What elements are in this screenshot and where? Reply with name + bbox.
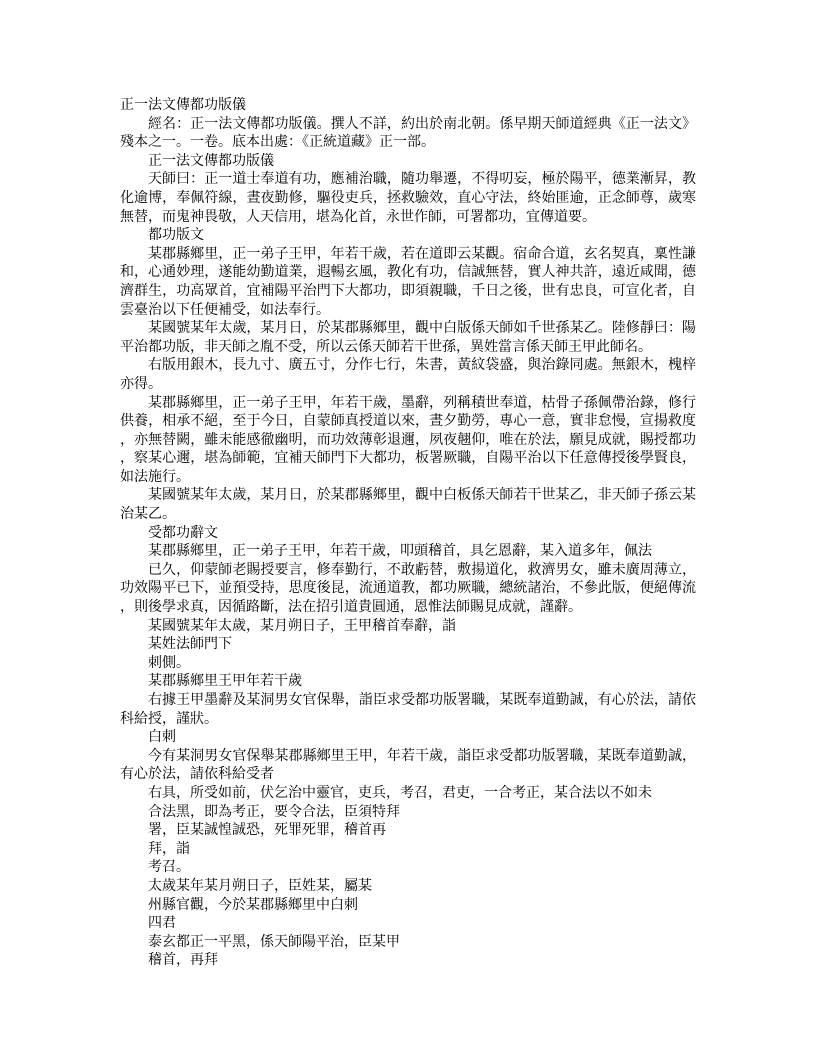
body-line: 州縣官觀，今於某郡縣鄉里中白刺 [120, 896, 696, 915]
body-paragraph: 右據王甲墨辭及某洞男女官保舉，詣臣求受都功版署職，某既奉道勤誠，有心於法，請依科… [120, 691, 696, 728]
body-line: 拜，詣 [120, 840, 696, 859]
body-line: 合法黑，即為考正，要令合法，臣須特拜 [120, 803, 696, 822]
body-paragraph: 某郡縣鄉里，正一弟子王甲，年若干歲，墨辭，列稱積世奉道，枯骨子孫佩帶治錄，修行供… [120, 394, 696, 487]
body-line: 某姓法師門下 [120, 635, 696, 654]
body-paragraph: 某郡縣鄉里，正一弟子王甲，年若干歲，叩頭稽首，具乞恩辭，某入道多年，佩法 [120, 542, 696, 561]
section-heading: 正一法文傳都功版儀 [120, 152, 696, 171]
body-line: 署，臣某誠惶誠恐，死罪死罪，稽首再 [120, 821, 696, 840]
body-line: 刺側。 [120, 654, 696, 673]
body-paragraph: 已久，仰蒙師老賜授要言，修奉勤行，不敢虧替，敷揚道化，救濟男女，雖未廣周薄立，功… [120, 561, 696, 617]
document-page: 正一法文傳都功版儀 經名：正一法文傳都功版儀。撰人不詳，約出於南北朝。係早期天師… [120, 96, 696, 970]
section-heading: 都功版文 [120, 226, 696, 245]
body-paragraph: 某國號某年太歲，某月日，於某郡縣鄉里，觀中白板係天師若干世某乙，非天師子孫云某治… [120, 486, 696, 523]
body-line: 考召。 [120, 858, 696, 877]
document-title: 正一法文傳都功版儀 [120, 96, 696, 115]
body-line: 太歲某年某月朔日子，臣姓某，屬某 [120, 877, 696, 896]
scripture-info-paragraph: 經名：正一法文傳都功版儀。撰人不詳，約出於南北朝。係早期天師道經典《正一法文》殘… [120, 115, 696, 152]
section-heading: 白刺 [120, 728, 696, 747]
body-paragraph: 某國號某年太歲，某月日，於某郡縣鄉里，觀中白版係天師如千世孫某乙。陸修靜曰：陽平… [120, 319, 696, 356]
body-paragraph: 今有某洞男女官保舉某郡縣鄉里王甲，年若干歲，詣臣求受都功版署職，某既奉道勤誠，有… [120, 747, 696, 784]
section-heading: 受都功辭文 [120, 524, 696, 543]
body-line: 右具，所受如前，伏乞治中靈官，吏兵，考召，君吏，一合考正，某合法以不如未 [120, 784, 696, 803]
body-paragraph: 天師曰：正一道士奉道有功，應補治職，隨功舉遷，不得叨妄，極於陽平，德業漸昇，教化… [120, 170, 696, 226]
body-line: 泰玄都正一平黑，係天師陽平治，臣某甲 [120, 933, 696, 952]
body-line: 某國號某年太歲，某月朔日子，王甲稽首奉辭，詣 [120, 617, 696, 636]
body-line: 某郡縣鄉里王甲年若干歲 [120, 672, 696, 691]
body-paragraph: 右版用銀木，長九寸、廣五寸，分作七行，朱書，黃紋袋盛，與治錄同處。無銀木，槐梓亦… [120, 356, 696, 393]
body-line: 稽首，再拜 [120, 951, 696, 970]
body-line: 四君 [120, 914, 696, 933]
body-paragraph: 某郡縣鄉里，正一弟子王甲，年若干歲，若在道即云某觀。宿命合道，玄名契真，稟性謙和… [120, 245, 696, 319]
